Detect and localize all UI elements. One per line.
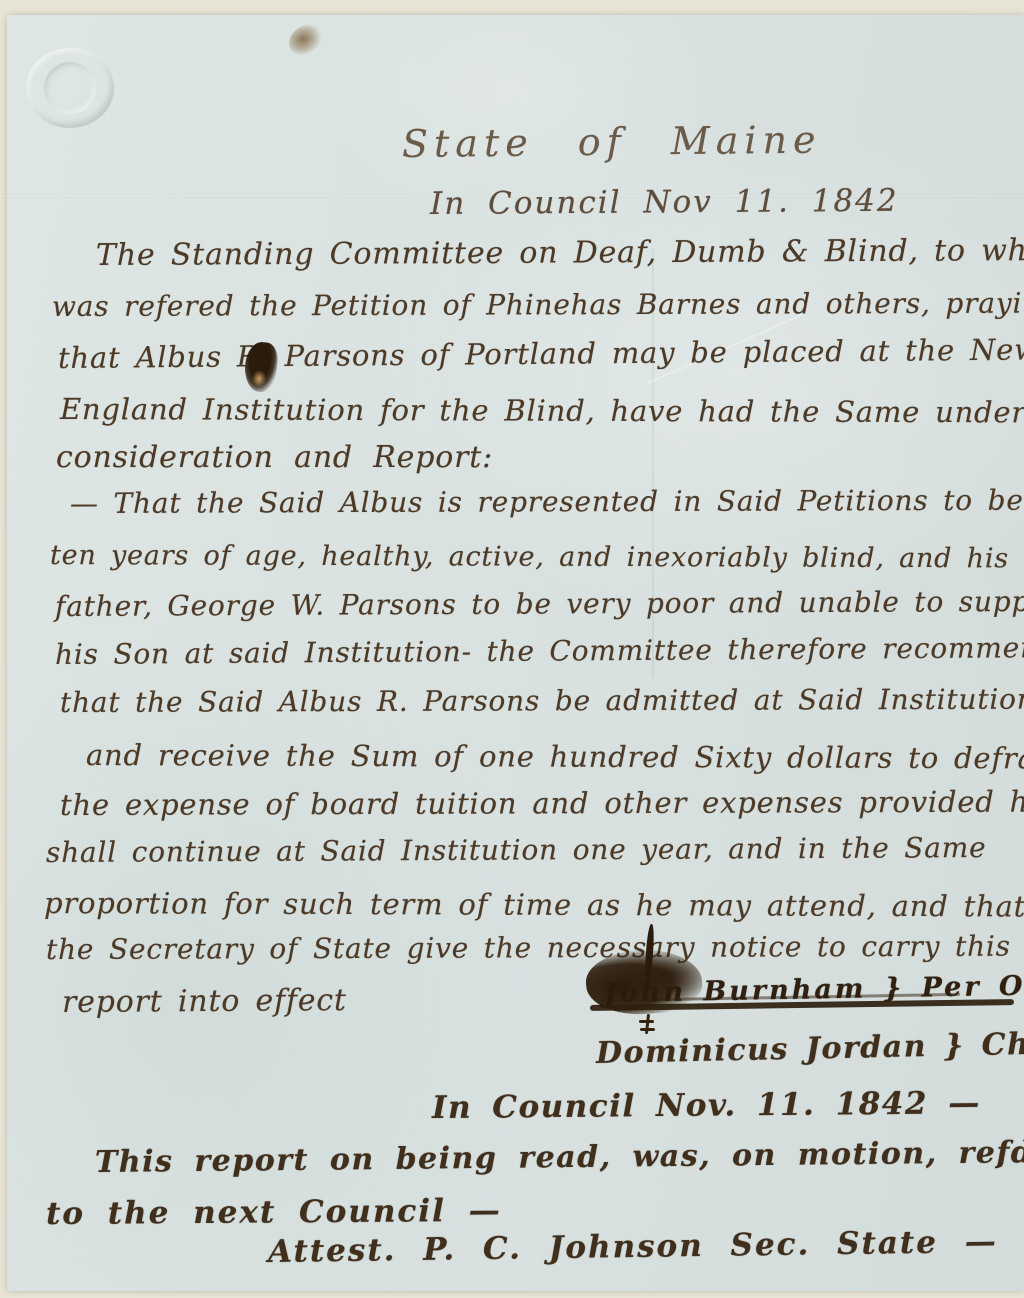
endorsement-dateline: In Council Nov. 11. 1842 — (432, 1085, 981, 1126)
endorsement-line: to the next Council — (46, 1193, 502, 1232)
embossed-seal (26, 48, 114, 128)
manuscript-line: The Standing Committee on Deaf, Dumb & B… (96, 233, 1024, 273)
manuscript-line: the Secretary of State give the necessar… (46, 930, 1011, 966)
cross-mark (640, 1028, 655, 1031)
manuscript-line: the expense of board tuition and other e… (60, 785, 1024, 822)
manuscript-line: ten years of age, healthy, active, and i… (50, 540, 1009, 574)
manuscript-line: shall continue at Said Institution one y… (46, 831, 987, 869)
cross-mark (639, 1020, 654, 1023)
manuscript-line: report into effect (62, 983, 347, 1020)
scanned-document: State of Maine In Council Nov 11. 1842 T… (0, 0, 1024, 1298)
manuscript-line: and receive the Sum of one hundred Sixty… (86, 738, 1024, 775)
manuscript-line: — That the Said Albus is represented in … (70, 484, 1024, 520)
document-title: State of Maine (402, 118, 822, 166)
manuscript-line: his Son at said Institution- the Committ… (55, 631, 1024, 671)
manuscript-line: was refered the Petition of Phinehas Bar… (52, 286, 1024, 323)
manuscript-line: that the Said Albus R. Parsons be admitt… (60, 683, 1024, 719)
embossed-seal-inner (44, 62, 96, 114)
manuscript-line: father, George W. Parsons to be very poo… (55, 585, 1024, 623)
document-dateline: In Council Nov 11. 1842 (430, 183, 899, 222)
manuscript-line: proportion for such term of time as he m… (44, 886, 1024, 923)
manuscript-line: consideration and Report: (56, 440, 493, 475)
manuscript-line: England Institution for the Blind, have … (60, 392, 1024, 429)
